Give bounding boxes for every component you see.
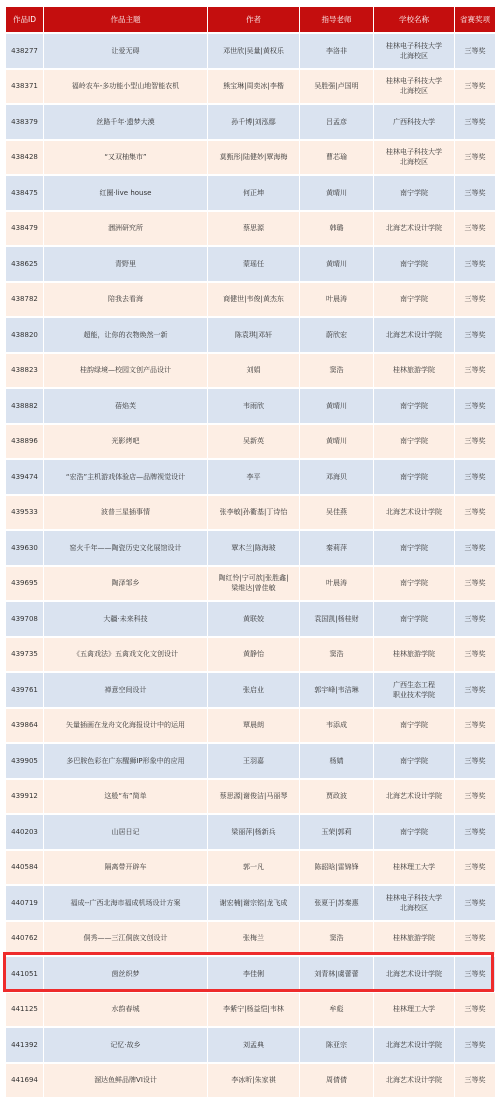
cell-school: 桂林理工大学 [374,993,454,1027]
cell-award: 三等奖 [455,638,495,672]
cell-work-topic: 《五禽戏法》五禽戏文化文创设计 [44,638,207,672]
cell-work-id: 439905 [6,744,43,778]
cell-school: 桂林电子科技大学北海校区 [374,886,454,920]
cell-teacher: 邓海贝 [300,460,373,494]
table-row: 439905多巴胺色彩在广东醒狮IP形象中的应用王羽嘉杨婧南宁学院三等奖 [6,744,495,778]
cell-teacher: 贾政波 [300,780,373,814]
cell-award: 三等奖 [455,176,495,210]
cell-school: 桂林理工大学 [374,851,454,885]
cell-teacher: 张夏于|苏秦惠 [300,886,373,920]
cell-award: 三等奖 [455,141,495,175]
cell-teacher: 吴佳燕 [300,496,373,530]
cell-teacher: 窦浩 [300,354,373,388]
cell-work-topic: 蓓焰芙 [44,389,207,423]
cell-teacher: 黄晴川 [300,176,373,210]
cell-award: 三等奖 [455,886,495,920]
cell-award: 三等奖 [455,815,495,849]
awards-table-container: 作品ID 作品主题 作者 指导老师 学校名称 省赛奖项 438277让爱无碍邓世… [5,5,493,1099]
cell-teacher: 黄晴川 [300,247,373,281]
cell-work-topic: 福岭农车-多功能小型山地智能农机 [44,70,207,104]
cell-work-topic: 让爱无碍 [44,34,207,68]
table-row: 440762侗秀——三江侗族文创设计张梅兰窦浩桂林旅游学院三等奖 [6,922,495,956]
cell-school: 北海艺术设计学院 [374,1028,454,1062]
table-row: 438625青野里蒙瑶任黄晴川南宁学院三等奖 [6,247,495,281]
cell-award: 三等奖 [455,354,495,388]
cell-work-topic: 隔离带开辟车 [44,851,207,885]
cell-author: 何正坤 [208,176,299,210]
cell-teacher: 陈亚宗 [300,1028,373,1062]
cell-work-id: 438782 [6,283,43,317]
table-row: 438371福岭农车-多功能小型山地智能农机熊宝琳|周奕冰|李楷吴胜强|卢国明桂… [6,70,495,104]
cell-work-topic: 涠洲研究所 [44,212,207,246]
header-award: 省赛奖项 [455,7,495,32]
cell-work-id: 439761 [6,673,43,707]
cell-teacher: 郭宇峰|韦洁琳 [300,673,373,707]
cell-work-topic: 山居日记 [44,815,207,849]
cell-school: 广西生态工程职业技术学院 [374,673,454,707]
cell-work-topic: 记忆·故乡 [44,1028,207,1062]
cell-work-id: 438479 [6,212,43,246]
cell-school: 北海艺术设计学院 [374,1064,454,1098]
cell-author: 蔡思源 [208,212,299,246]
cell-school: 北海艺术设计学院 [374,957,454,991]
cell-award: 三等奖 [455,425,495,459]
cell-teacher: 韩璐 [300,212,373,246]
cell-award: 三等奖 [455,1028,495,1062]
cell-teacher: 杨婧 [300,744,373,778]
cell-work-topic: 茵丝织梦 [44,957,207,991]
cell-work-topic: 波普三星插事情 [44,496,207,530]
table-row: 438475红圈·live house何正坤黄晴川南宁学院三等奖 [6,176,495,210]
cell-work-id: 439474 [6,460,43,494]
cell-work-id: 438371 [6,70,43,104]
cell-author: 蒙瑶任 [208,247,299,281]
cell-award: 三等奖 [455,70,495,104]
cell-work-id: 441694 [6,1064,43,1098]
cell-author: 梁丽萍|杨新兵 [208,815,299,849]
cell-school: 桂林旅游学院 [374,638,454,672]
table-row: 438823桂韵绿境—校园文创产品设计刘娟窦浩桂林旅游学院三等奖 [6,354,495,388]
cell-work-id: 439630 [6,531,43,565]
table-row: 441694溜达鱼鲜品牌VI设计李冰昕|朱家祺周倩倩北海艺术设计学院三等奖 [6,1064,495,1098]
cell-work-id: 439708 [6,602,43,636]
cell-work-id: 438625 [6,247,43,281]
cell-work-id: 438379 [6,105,43,139]
table-row: 438479涠洲研究所蔡思源韩璐北海艺术设计学院三等奖 [6,212,495,246]
cell-author: 黄联姣 [208,602,299,636]
cell-award: 三等奖 [455,389,495,423]
cell-work-id: 438277 [6,34,43,68]
cell-school: 桂林旅游学院 [374,354,454,388]
cell-teacher: 窦浩 [300,922,373,956]
cell-work-topic: 丝路千年·遗梦大漠 [44,105,207,139]
cell-author: 商健世|韦俊|黄杰东 [208,283,299,317]
cell-author: 李紫宁|杨益恺|韦林 [208,993,299,1027]
cell-work-id: 438820 [6,318,43,352]
cell-work-topic: 光影烤吧 [44,425,207,459]
cell-teacher: 牟彪 [300,993,373,1027]
cell-work-id: 439533 [6,496,43,530]
cell-work-id: 440762 [6,922,43,956]
cell-award: 三等奖 [455,567,495,601]
cell-work-id: 438428 [6,141,43,175]
header-author: 作者 [208,7,299,32]
cell-award: 三等奖 [455,283,495,317]
cell-teacher: 刘青林|虞蕾蕾 [300,957,373,991]
cell-teacher: 袁国凯|杨桂财 [300,602,373,636]
table-row-highlighted: 441051茵丝织梦李佳俐刘青林|虞蕾蕾北海艺术设计学院三等奖 [6,957,495,991]
table-row: 439695陶泽邹乡陶红怜|宁可歆|张胜鑫|梁维达|曾佳敏叶晨涛南宁学院三等奖 [6,567,495,601]
cell-author: 黄静怡 [208,638,299,672]
cell-work-id: 438823 [6,354,43,388]
cell-work-id: 439735 [6,638,43,672]
table-row: 438896光影烤吧吴新英黄晴川南宁学院三等奖 [6,425,495,459]
cell-teacher: 韦添成 [300,709,373,743]
cell-school: 南宁学院 [374,602,454,636]
cell-author: 邓世欣|吴量|黄权乐 [208,34,299,68]
header-work-id: 作品ID [6,7,43,32]
cell-work-id: 441051 [6,957,43,991]
cell-work-id: 439695 [6,567,43,601]
cell-work-topic: 矢量插画在龙舟文化海报设计中的运用 [44,709,207,743]
cell-school: 桂林电子科技大学北海校区 [374,34,454,68]
cell-teacher: 周倩倩 [300,1064,373,1098]
cell-school: 北海艺术设计学院 [374,318,454,352]
table-row: 439912这般“布”简单蔡思源|谢俊洁|马丽琴贾政波北海艺术设计学院三等奖 [6,780,495,814]
table-row: 438428“又双柚集市”莫甄彤|陆健妙|覃海梅曹芯瑜桂林电子科技大学北海校区三… [6,141,495,175]
table-row: 439761禅意空间设计张启业郭宇峰|韦洁琳广西生态工程职业技术学院三等奖 [6,673,495,707]
cell-work-topic: 禅意空间设计 [44,673,207,707]
cell-award: 三等奖 [455,105,495,139]
cell-school: 桂林旅游学院 [374,922,454,956]
table-row: 439864矢量插画在龙舟文化海报设计中的运用覃晨朗韦添成南宁学院三等奖 [6,709,495,743]
cell-work-topic: “又双柚集市” [44,141,207,175]
cell-award: 三等奖 [455,780,495,814]
cell-teacher: 吕孟彦 [300,105,373,139]
cell-award: 三等奖 [455,709,495,743]
cell-work-topic: 多巴胺色彩在广东醒狮IP形象中的应用 [44,744,207,778]
table-row: 441125水韵春城李紫宁|杨益恺|韦林牟彪桂林理工大学三等奖 [6,993,495,1027]
cell-school: 南宁学院 [374,531,454,565]
cell-award: 三等奖 [455,602,495,636]
cell-work-topic: 陪我去看海 [44,283,207,317]
cell-award: 三等奖 [455,34,495,68]
cell-author: 李冰昕|朱家祺 [208,1064,299,1098]
header-school: 学校名称 [374,7,454,32]
cell-work-topic: 青野里 [44,247,207,281]
cell-school: 桂林电子科技大学北海校区 [374,70,454,104]
cell-work-topic: 溜达鱼鲜品牌VI设计 [44,1064,207,1098]
table-row: 438782陪我去看海商健世|韦俊|黄杰东叶晨涛南宁学院三等奖 [6,283,495,317]
cell-teacher: 秦莉萍 [300,531,373,565]
table-row: 441392记忆·故乡刘孟典陈亚宗北海艺术设计学院三等奖 [6,1028,495,1062]
table-row: 440203山居日记梁丽萍|杨新兵玉荣|郭莉南宁学院三等奖 [6,815,495,849]
cell-author: 张梅兰 [208,922,299,956]
table-row: 439735《五禽戏法》五禽戏文化文创设计黄静怡窦浩桂林旅游学院三等奖 [6,638,495,672]
cell-author: 莫甄彤|陆健妙|覃海梅 [208,141,299,175]
cell-school: 广西科技大学 [374,105,454,139]
cell-teacher: 曹芯瑜 [300,141,373,175]
cell-school: 北海艺术设计学院 [374,780,454,814]
cell-author: 王羽嘉 [208,744,299,778]
cell-work-id: 438896 [6,425,43,459]
cell-work-id: 440203 [6,815,43,849]
cell-author: 张启业 [208,673,299,707]
table-row: 439533波普三星插事情张李敏|孙衢基|丁诗怡吴佳燕北海艺术设计学院三等奖 [6,496,495,530]
header-work-topic: 作品主题 [44,7,207,32]
table-row: 438820超能，让你的衣物焕然一新陈袁琪|邓轩蔚欣宏北海艺术设计学院三等奖 [6,318,495,352]
cell-award: 三等奖 [455,247,495,281]
cell-author: 陶红怜|宁可歆|张胜鑫|梁维达|曾佳敏 [208,567,299,601]
cell-school: 南宁学院 [374,567,454,601]
cell-teacher: 叶晨涛 [300,283,373,317]
cell-school: 南宁学院 [374,425,454,459]
cell-author: 覃木兰|陈海玻 [208,531,299,565]
cell-teacher: 陈韶晗|雷锦锋 [300,851,373,885]
cell-author: 孙千博|刘泓鄢 [208,105,299,139]
cell-author: 蔡思源|谢俊洁|马丽琴 [208,780,299,814]
table-row: 440719福成--广西北海市福成机场设计方案谢宏楠|谢宗铭|龙飞成张夏于|苏秦… [6,886,495,920]
cell-work-topic: 水韵春城 [44,993,207,1027]
cell-work-id: 441125 [6,993,43,1027]
cell-teacher: 吴胜强|卢国明 [300,70,373,104]
cell-teacher: 窦浩 [300,638,373,672]
cell-award: 三等奖 [455,212,495,246]
cell-work-topic: 侗秀——三江侗族文创设计 [44,922,207,956]
table-row: 439630窑火千年——陶瓷历史文化展馆设计覃木兰|陈海玻秦莉萍南宁学院三等奖 [6,531,495,565]
cell-teacher: 玉荣|郭莉 [300,815,373,849]
cell-author: 刘娟 [208,354,299,388]
cell-work-topic: 窑火千年——陶瓷历史文化展馆设计 [44,531,207,565]
table-row: 439708大疆·未来科技黄联姣袁国凯|杨桂财南宁学院三等奖 [6,602,495,636]
cell-author: 覃晨朗 [208,709,299,743]
cell-work-topic: 红圈·live house [44,176,207,210]
table-body: 438277让爱无碍邓世欣|吴量|黄权乐李洛非桂林电子科技大学北海校区三等奖43… [6,34,495,1097]
cell-work-id: 441392 [6,1028,43,1062]
cell-school: 北海艺术设计学院 [374,212,454,246]
cell-work-topic: 这般“布”简单 [44,780,207,814]
cell-award: 三等奖 [455,460,495,494]
cell-work-id: 440584 [6,851,43,885]
cell-work-topic: 福成--广西北海市福成机场设计方案 [44,886,207,920]
cell-award: 三等奖 [455,851,495,885]
table-row: 438882蓓焰芙韦雨欣黄晴川南宁学院三等奖 [6,389,495,423]
cell-author: 刘孟典 [208,1028,299,1062]
cell-award: 三等奖 [455,744,495,778]
cell-award: 三等奖 [455,496,495,530]
cell-author: 郭一凡 [208,851,299,885]
cell-award: 三等奖 [455,673,495,707]
cell-school: 南宁学院 [374,460,454,494]
cell-school: 南宁学院 [374,247,454,281]
cell-work-id: 440719 [6,886,43,920]
table-row: 438277让爱无碍邓世欣|吴量|黄权乐李洛非桂林电子科技大学北海校区三等奖 [6,34,495,68]
table-row: 440584隔离带开辟车郭一凡陈韶晗|雷锦锋桂林理工大学三等奖 [6,851,495,885]
cell-work-id: 439912 [6,780,43,814]
cell-work-id: 438882 [6,389,43,423]
cell-author: 李平 [208,460,299,494]
cell-author: 吴新英 [208,425,299,459]
awards-table: 作品ID 作品主题 作者 指导老师 学校名称 省赛奖项 438277让爱无碍邓世… [5,5,496,1099]
cell-school: 南宁学院 [374,709,454,743]
cell-teacher: 黄晴川 [300,389,373,423]
cell-school: 南宁学院 [374,389,454,423]
cell-award: 三等奖 [455,957,495,991]
cell-award: 三等奖 [455,318,495,352]
cell-author: 熊宝琳|周奕冰|李楷 [208,70,299,104]
cell-work-topic: 陶泽邹乡 [44,567,207,601]
cell-work-topic: “宏浩”主机游戏体验店—品牌视觉设计 [44,460,207,494]
cell-work-topic: 超能，让你的衣物焕然一新 [44,318,207,352]
cell-author: 陈袁琪|邓轩 [208,318,299,352]
cell-work-id: 438475 [6,176,43,210]
cell-school: 南宁学院 [374,744,454,778]
cell-school: 北海艺术设计学院 [374,496,454,530]
cell-award: 三等奖 [455,993,495,1027]
header-teacher: 指导老师 [300,7,373,32]
cell-author: 张李敏|孙衢基|丁诗怡 [208,496,299,530]
table-header-row: 作品ID 作品主题 作者 指导老师 学校名称 省赛奖项 [6,7,495,32]
cell-teacher: 李洛非 [300,34,373,68]
cell-award: 三等奖 [455,1064,495,1098]
cell-teacher: 蔚欣宏 [300,318,373,352]
cell-work-id: 439864 [6,709,43,743]
cell-work-topic: 桂韵绿境—校园文创产品设计 [44,354,207,388]
cell-school: 桂林电子科技大学北海校区 [374,141,454,175]
cell-school: 南宁学院 [374,283,454,317]
cell-school: 南宁学院 [374,176,454,210]
cell-teacher: 叶晨涛 [300,567,373,601]
table-row: 438379丝路千年·遗梦大漠孙千博|刘泓鄢吕孟彦广西科技大学三等奖 [6,105,495,139]
cell-author: 韦雨欣 [208,389,299,423]
cell-award: 三等奖 [455,922,495,956]
cell-award: 三等奖 [455,531,495,565]
cell-author: 李佳俐 [208,957,299,991]
cell-school: 南宁学院 [374,815,454,849]
cell-teacher: 黄晴川 [300,425,373,459]
cell-work-topic: 大疆·未来科技 [44,602,207,636]
cell-author: 谢宏楠|谢宗铭|龙飞成 [208,886,299,920]
table-row: 439474“宏浩”主机游戏体验店—品牌视觉设计李平邓海贝南宁学院三等奖 [6,460,495,494]
